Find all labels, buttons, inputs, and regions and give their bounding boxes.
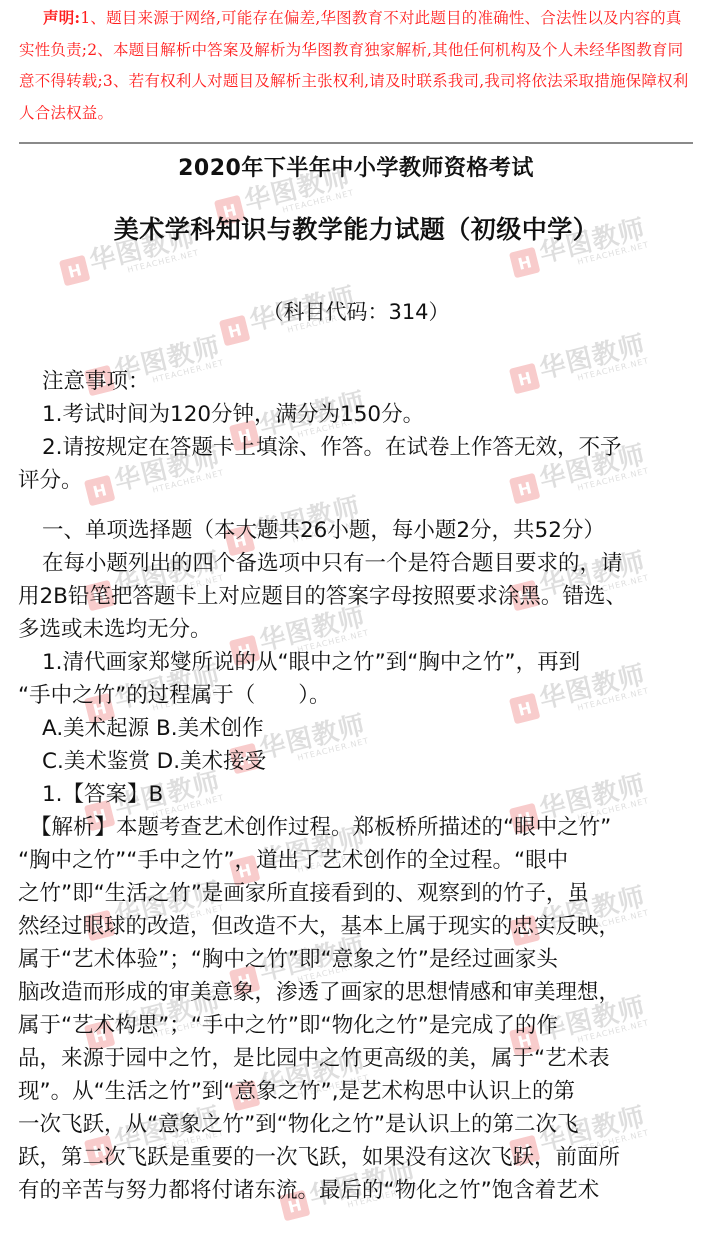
notes-heading: 注意事项： — [18, 365, 698, 398]
question-option: A.美术起源 B.美术创作 — [18, 712, 698, 745]
analysis-line: 脑改造而形成的审美意象，渗透了画家的思想情感和审美理想， — [18, 976, 698, 1009]
analysis-line: 品，来源于园中之竹，是比园中之竹更高级的美，属于“艺术表 — [18, 1042, 698, 1075]
watermark-logo-icon: H — [59, 255, 91, 287]
section-single-choice: 一、单项选择题（本大题共26小题，每小题2分，共52分） 在每小题列出的四个备选… — [18, 514, 698, 1207]
question-answer: 1.【答案】B — [18, 778, 698, 811]
analysis-line: 一次飞跃，从“意象之竹”到“物化之竹”是认识上的第二次飞 — [18, 1108, 698, 1141]
question-stem: 1.清代画家郑燮所说的从“眼中之竹”到“胸中之竹”，再到 — [18, 646, 698, 679]
subject-code: （科目代码：314） — [0, 296, 712, 326]
watermark-logo-icon: H — [509, 247, 541, 279]
analysis-line: 然经过眼球的改造，但改造不大，基本上属于现实的忠实反映， — [18, 910, 698, 943]
disclaimer: 声明:1、题目来源于网络,可能存在偏差,华图教育不对此题目的准确性、合法性以及内… — [19, 2, 695, 129]
disclaimer-text: 1、题目来源于网络,可能存在偏差,华图教育不对此题目的准确性、合法性以及内容的真… — [19, 9, 688, 122]
question-stem: “手中之竹”的过程属于（ ）。 — [18, 679, 698, 712]
question-option: C.美术鉴赏 D.美术接受 — [18, 745, 698, 778]
analysis-line: 【解析】本题考查艺术创作过程。郑板桥所描述的“眼中之竹” — [18, 811, 698, 844]
analysis-line: 属于“艺术构思”；“手中之竹”即“物化之竹”是完成了的作 — [18, 1009, 698, 1042]
section-instructions: 多选或未选均无分。 — [18, 613, 698, 646]
exam-title: 2020年下半年中小学教师资格考试 — [0, 151, 712, 182]
analysis-line: 属于“艺术体验”；“胸中之竹”即“意象之竹”是经过画家头 — [18, 943, 698, 976]
notes-item: 2.请按规定在答题卡上填涂、作答。在试卷上作答无效，不予 — [18, 431, 698, 464]
analysis-line: 现”。从“生活之竹”到“意象之竹”,是艺术构思中认识上的第 — [18, 1075, 698, 1108]
analysis-line: 有的辛苦与努力都将付诸东流。最后的“物化之竹”饱含着艺术 — [18, 1174, 698, 1207]
section-instructions: 在每小题列出的四个备选项中只有一个是符合题目要求的，请 — [18, 547, 698, 580]
notes: 注意事项： 1.考试时间为120分钟，满分为150分。 2.请按规定在答题卡上填… — [18, 365, 698, 497]
notes-item: 1.考试时间为120分钟，满分为150分。 — [18, 398, 698, 431]
section-instructions: 用2B铅笔把答题卡上对应题目的答案字母按照要求涂黑。错选、 — [18, 580, 698, 613]
exam-subtitle: 美术学科知识与教学能力试题（初级中学） — [0, 210, 712, 246]
section-heading: 一、单项选择题（本大题共26小题，每小题2分，共52分） — [18, 514, 698, 547]
analysis-line: 之竹”即“生活之竹”是画家所直接看到的、观察到的竹子，虽 — [18, 877, 698, 910]
analysis-line: “胸中之竹”“手中之竹”，道出了艺术创作的全过程。“眼中 — [18, 844, 698, 877]
analysis-line: 跃，第二次飞跃是重要的一次飞跃，如果没有这次飞跃，前面所 — [18, 1141, 698, 1174]
divider — [19, 142, 693, 144]
notes-item: 评分。 — [18, 464, 698, 497]
disclaimer-lead: 声明: — [43, 8, 80, 27]
